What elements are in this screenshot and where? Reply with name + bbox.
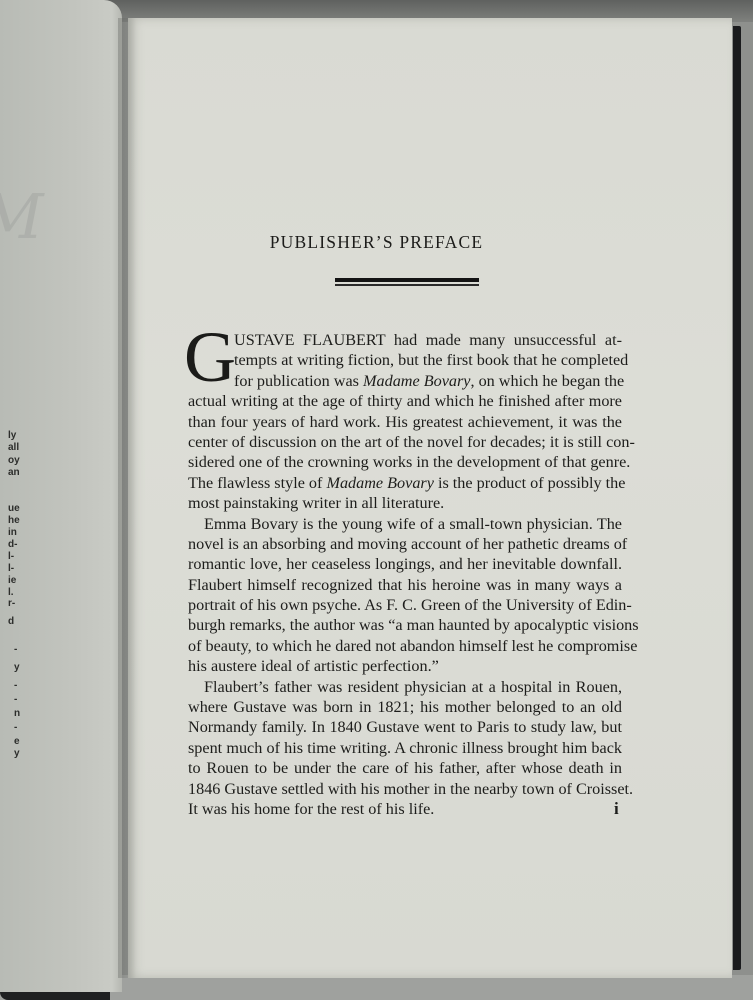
left-page-fragment: r-	[8, 598, 15, 610]
title-rule	[335, 278, 479, 287]
left-page-fragment: l-	[8, 551, 14, 563]
left-page-fragment: y	[14, 662, 20, 674]
left-page-fragment: n	[14, 708, 20, 720]
gutter-shadow	[118, 18, 136, 978]
body-text: USTAVE FLAUBERT had made many unsuccessf…	[188, 330, 622, 819]
left-page-fragment: -	[14, 722, 17, 734]
book-cover-edge	[733, 26, 741, 970]
title-rule-thick	[335, 278, 479, 282]
text-line: novel is an absorbing and moving account…	[188, 534, 622, 554]
text-line: where Gustave was born in 1821; his moth…	[188, 697, 622, 717]
text-line: of beauty, to which he dared not abandon…	[188, 636, 622, 656]
left-page-fragment: d-	[8, 539, 17, 551]
text-line: spent much of his time writing. A chroni…	[188, 738, 622, 758]
title-rule-thin	[335, 284, 479, 286]
text-line: portrait of his own psyche. As F. C. Gre…	[188, 595, 622, 615]
left-page-fragment: -	[14, 644, 17, 656]
page-title: PUBLISHER’S PREFACE	[0, 232, 753, 253]
text-line: Emma Bovary is the young wife of a small…	[188, 514, 622, 534]
text-line: for publication was Madame Bovary, on wh…	[188, 371, 622, 391]
text-line: The flawless style of Madame Bovary is t…	[188, 473, 622, 493]
left-page-fragment: ie	[8, 575, 16, 587]
text-line: USTAVE FLAUBERT had made many unsuccessf…	[188, 330, 622, 350]
text-line: actual writing at the age of thirty and …	[188, 391, 622, 411]
left-page-fragment: -	[14, 680, 17, 692]
left-page-fragment: y	[14, 748, 20, 760]
left-page-fragment: e	[14, 736, 20, 748]
text-line: than four years of hard work. His greate…	[188, 412, 622, 432]
text-line: 1846 Gustave settled with his mother in …	[188, 779, 622, 799]
text-line: romantic love, her ceaseless longings, a…	[188, 554, 622, 574]
page-number: i	[614, 799, 619, 819]
text-line: Flaubert himself recognized that his her…	[188, 575, 622, 595]
left-page-fragment: in	[8, 527, 17, 539]
text-line: It was his home for the rest of his life…	[188, 799, 622, 819]
text-line: Flaubert’s father was resident physician…	[188, 677, 622, 697]
text-line: Normandy family. In 1840 Gustave went to…	[188, 717, 622, 737]
left-page-fragment: d	[8, 616, 14, 628]
left-page-fragment: an	[8, 467, 20, 479]
left-page-fragment: oy	[8, 455, 20, 467]
left-page-fragment: ly	[8, 430, 16, 442]
left-page-fragment: l-	[8, 563, 14, 575]
text-line: burgh remarks, the author was “a man hau…	[188, 615, 622, 635]
text-line: most painstaking writer in all literatur…	[188, 493, 622, 513]
text-line: tempts at writing fiction, but the first…	[188, 350, 622, 370]
text-line: his austere ideal of artistic perfection…	[188, 656, 622, 676]
left-page-fragment: all	[8, 442, 19, 454]
text-line: center of discussion on the art of the n…	[188, 432, 622, 452]
left-page-fragment: -	[14, 694, 17, 706]
text-line: sidered one of the crowning works in the…	[188, 452, 622, 472]
left-page-fragment: ue	[8, 503, 20, 515]
left-page-fragment: he	[8, 515, 20, 527]
left-page: M lyalloyanueheind-l-l-iel.r-d-y--n-ey	[0, 0, 122, 992]
text-line: to Rouen to be under the care of his fat…	[188, 758, 622, 778]
